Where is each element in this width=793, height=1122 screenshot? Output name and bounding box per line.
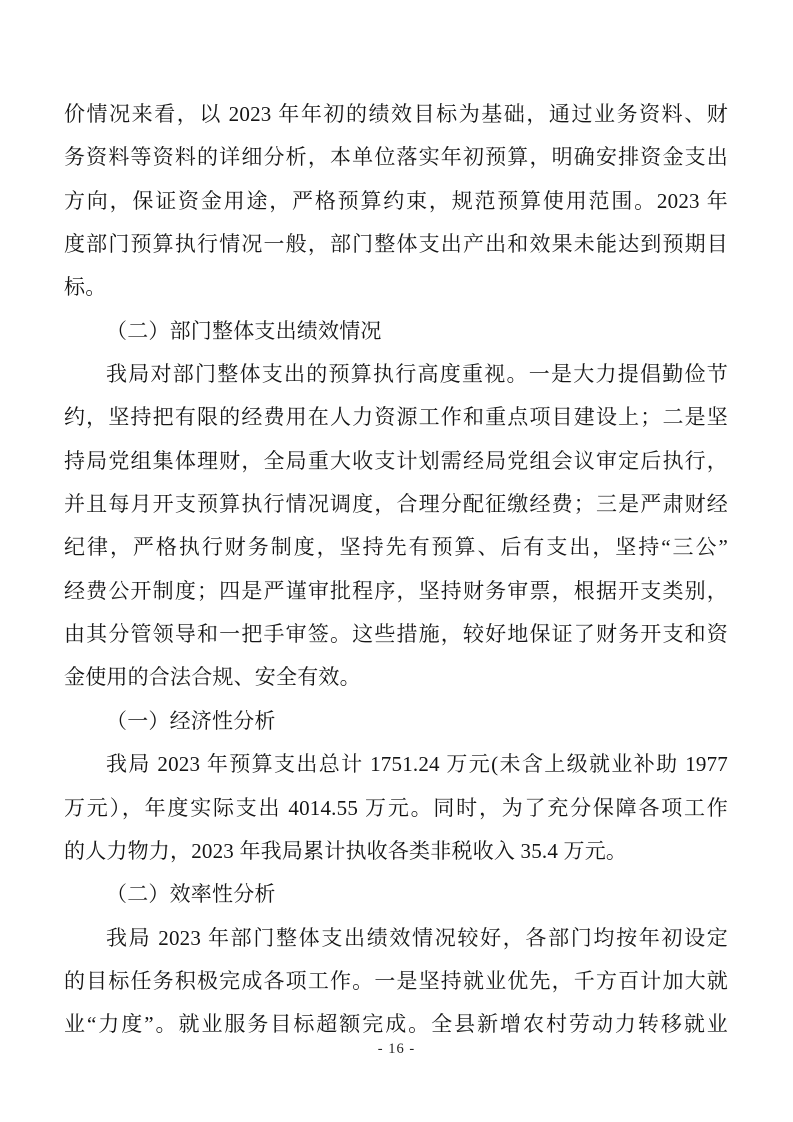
text-line: 经费公开制度；四是严谨审批程序，坚持财务审票，根据开支类别，	[64, 570, 728, 613]
section-heading: （二）效率性分析	[64, 873, 728, 916]
text-line: 标。	[64, 266, 728, 309]
paragraph: 我局 2023 年部门整体支出绩效情况较好，各部门均按年初设定的目标任务积极完成…	[64, 917, 728, 1047]
paragraph: 我局 2023 年预算支出总计 1751.24 万元(未含上级就业补助 1977…	[64, 743, 728, 873]
text-line: 价情况来看，以 2023 年年初的绩效目标为基础，通过业务资料、财	[64, 93, 728, 136]
paragraph: 我局对部门整体支出的预算执行高度重视。一是大力提倡勤俭节约，坚持把有限的经费用在…	[64, 353, 728, 700]
page-number: - 16 -	[0, 1038, 793, 1060]
text-line: 并且每月开支预算执行情况调度，合理分配征缴经费；三是严肃财经	[64, 483, 728, 526]
text-line: （二）部门整体支出绩效情况	[64, 310, 728, 353]
paragraph: 价情况来看，以 2023 年年初的绩效目标为基础，通过业务资料、财务资料等资料的…	[64, 93, 728, 310]
text-line: 务资料等资料的详细分析，本单位落实年初预算，明确安排资金支出	[64, 136, 728, 179]
text-line: 度部门预算执行情况一般，部门整体支出产出和效果未能达到预期目	[64, 223, 728, 266]
text-line: 的目标任务积极完成各项工作。一是坚持就业优先，千方百计加大就	[64, 960, 728, 1003]
text-line: （二）效率性分析	[64, 873, 728, 916]
text-line: 我局 2023 年部门整体支出绩效情况较好，各部门均按年初设定	[64, 917, 728, 960]
text-line: 的人力物力，2023 年我局累计执收各类非税收入 35.4 万元。	[64, 830, 728, 873]
text-line: 由其分管领导和一把手审签。这些措施，较好地保证了财务开支和资	[64, 613, 728, 656]
text-line: 纪律，严格执行财务制度，坚持先有预算、后有支出，坚持“三公”	[64, 526, 728, 569]
section-heading: （二）部门整体支出绩效情况	[64, 310, 728, 353]
text-line: 万元），年度实际支出 4014.55 万元。同时，为了充分保障各项工作	[64, 787, 728, 830]
text-line: （一）经济性分析	[64, 700, 728, 743]
document-page: 价情况来看，以 2023 年年初的绩效目标为基础，通过业务资料、财务资料等资料的…	[0, 0, 793, 1122]
document-body: 价情况来看，以 2023 年年初的绩效目标为基础，通过业务资料、财务资料等资料的…	[64, 93, 728, 1047]
section-heading: （一）经济性分析	[64, 700, 728, 743]
text-line: 方向，保证资金用途，严格预算约束，规范预算使用范围。2023 年	[64, 180, 728, 223]
text-line: 我局 2023 年预算支出总计 1751.24 万元(未含上级就业补助 1977	[64, 743, 728, 786]
text-line: 我局对部门整体支出的预算执行高度重视。一是大力提倡勤俭节	[64, 353, 728, 396]
text-line: 持局党组集体理财，全局重大收支计划需经局党组会议审定后执行，	[64, 440, 728, 483]
text-line: 金使用的合法合规、安全有效。	[64, 656, 728, 699]
text-line: 约，坚持把有限的经费用在人力资源工作和重点项目建设上；二是坚	[64, 396, 728, 439]
